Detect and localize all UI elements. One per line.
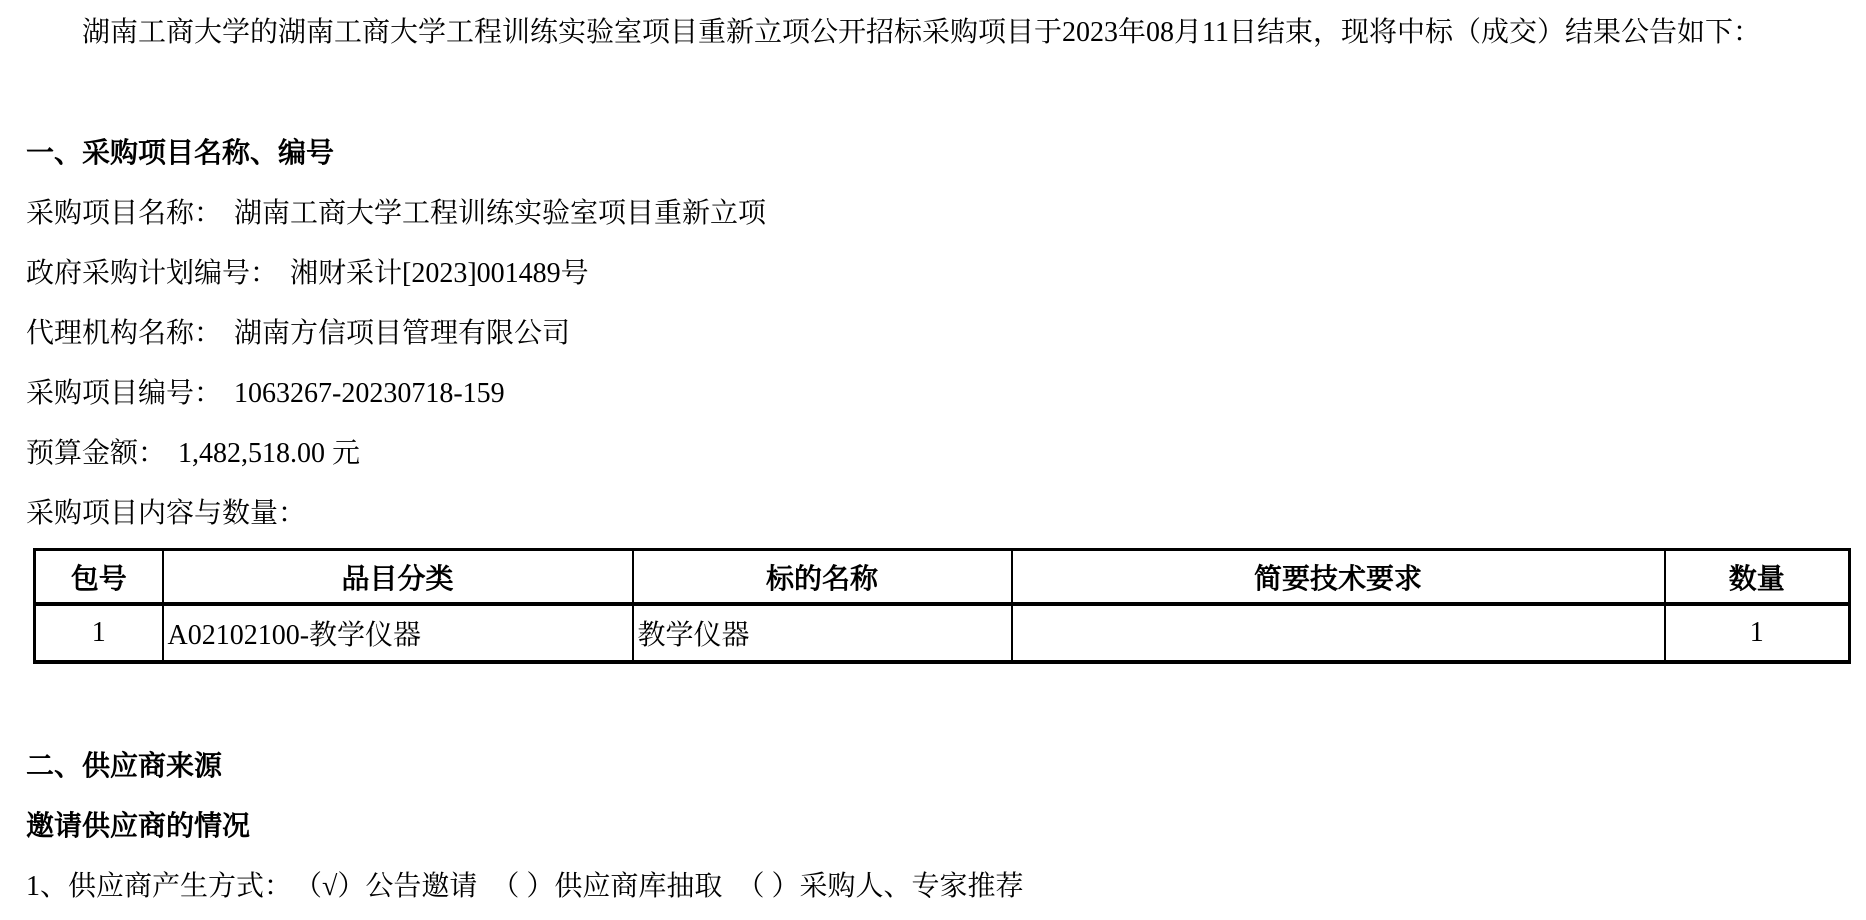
- field-label: 政府采购计划编号：: [26, 258, 278, 289]
- table-header-row: 包号 品目分类 标的名称 简要技术要求 数量: [35, 550, 1850, 605]
- field-value: 湖南方信项目管理有限公司: [234, 318, 570, 349]
- field-value: 湖南工商大学工程训练实验室项目重新立项: [234, 198, 766, 229]
- field-budget-amount: 预算金额：1,482,518.00 元: [26, 435, 1836, 472]
- table-header-quantity: 数量: [1665, 550, 1850, 605]
- field-label: 采购项目名称：: [26, 198, 222, 229]
- option-checked-mark: （√）: [308, 871, 365, 902]
- option-label: 采购人、专家推荐: [799, 871, 1023, 902]
- field-label: 预算金额：: [26, 438, 166, 469]
- field-content-quantity: 采购项目内容与数量：: [26, 495, 1836, 532]
- option-buyer-expert-recommend: （ ）采购人、专家推荐: [736, 871, 1023, 902]
- option-public-announcement: （√）公告邀请: [308, 871, 477, 902]
- intro-paragraph: 湖南工商大学的湖南工商大学工程训练实验室项目重新立项公开招标采购项目于2023年…: [26, 14, 1836, 51]
- cell-category: A02102100-教学仪器: [163, 604, 633, 662]
- invite-suppliers-subheading: 邀请供应商的情况: [26, 808, 1836, 845]
- cell-tech-requirements: [1012, 604, 1665, 662]
- cell-quantity: 1: [1665, 604, 1850, 662]
- cell-package-no: 1: [35, 604, 163, 662]
- section-1-title: 一、采购项目名称、编号: [26, 135, 1836, 172]
- field-label: 采购项目编号：: [26, 378, 222, 409]
- items-table: 包号 品目分类 标的名称 简要技术要求 数量 1 A02102100-教学仪器 …: [33, 548, 1851, 664]
- table-row: 1 A02102100-教学仪器 教学仪器 1: [35, 604, 1850, 662]
- field-gov-plan-no: 政府采购计划编号：湘财采计[2023]001489号: [26, 255, 1836, 292]
- field-label: 采购项目内容与数量：: [26, 498, 306, 529]
- table-header-tech-requirements: 简要技术要求: [1012, 550, 1665, 605]
- option-unchecked-mark: （ ）: [736, 871, 799, 902]
- procurement-result-announcement: 湖南工商大学的湖南工商大学工程训练实验室项目重新立项公开招标采购项目于2023年…: [0, 0, 1866, 920]
- field-value: 1063267-20230718-159: [234, 378, 505, 409]
- table-header-package-no: 包号: [35, 550, 163, 605]
- field-project-name: 采购项目名称：湖南工商大学工程训练实验室项目重新立项: [26, 195, 1836, 232]
- field-label: 代理机构名称：: [26, 318, 222, 349]
- field-agency-name: 代理机构名称：湖南方信项目管理有限公司: [26, 315, 1836, 352]
- option-supplier-pool-draw: （ ）供应商库抽取: [491, 871, 722, 902]
- section-2-title: 二、供应商来源: [26, 748, 1836, 785]
- option-label: 公告邀请: [365, 871, 477, 902]
- table-header-subject-name: 标的名称: [633, 550, 1012, 605]
- supplier-method-line: 1、供应商产生方式：（√）公告邀请（ ）供应商库抽取（ ）采购人、专家推荐: [26, 868, 1836, 905]
- option-unchecked-mark: （ ）: [491, 871, 554, 902]
- supplier-method-label: 1、供应商产生方式：: [26, 871, 292, 902]
- field-value: 湘财采计[2023]001489号: [290, 258, 589, 289]
- table-header-category: 品目分类: [163, 550, 633, 605]
- option-label: 供应商库抽取: [554, 871, 722, 902]
- field-project-no: 采购项目编号：1063267-20230718-159: [26, 375, 1836, 412]
- field-value: 1,482,518.00 元: [178, 438, 360, 469]
- cell-subject-name: 教学仪器: [633, 604, 1012, 662]
